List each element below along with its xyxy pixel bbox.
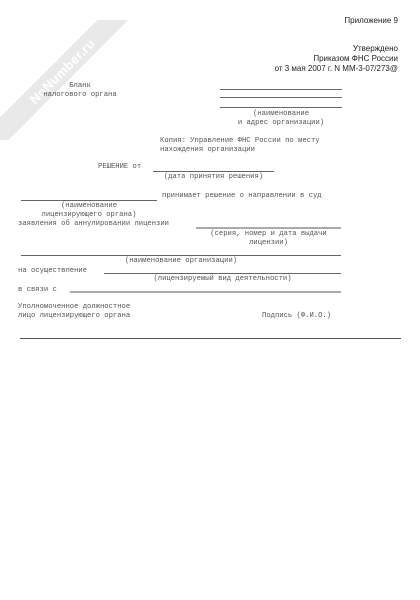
activity-caption: (лицензируемый вид деятельности) (104, 275, 341, 284)
decision-date-line[interactable] (153, 171, 274, 172)
recipient-line-1[interactable] (220, 89, 342, 90)
recipient-caption-2: и адрес организации) (220, 119, 342, 128)
appendix-label: Приложение 9 (344, 16, 398, 26)
official-line2: лицо лицензирующего органа (18, 312, 130, 321)
footer-divider (20, 338, 401, 339)
signature-label: Подпись (Ф.И.О.) (262, 312, 331, 321)
licensor-caption-1: (наименование (21, 202, 157, 211)
decision-date-caption: (дата принятия решения) (153, 173, 274, 182)
annul-text: заявления об аннулировании лицензии (18, 220, 169, 229)
approved-label: Утверждено (353, 44, 398, 54)
organization-caption: (наименование организации) (21, 257, 341, 266)
organization-line[interactable] (21, 255, 341, 256)
letterhead-line1: Бланк (30, 82, 130, 91)
licensor-caption-2: лицензирующего органа) (21, 211, 157, 220)
order-label: Приказом ФНС России (313, 54, 398, 64)
copy-line1: Копия: Управление ФНС России по месту (160, 137, 320, 146)
watermark-band: NoNumber.ru (0, 20, 132, 140)
copy-line2: нахождения организации (160, 146, 255, 155)
watermark: NoNumber.ru (0, 20, 132, 140)
license-caption-1: (серия, номер и дата выдачи (196, 230, 341, 239)
recipient-line-2[interactable] (220, 97, 342, 98)
recipient-line-3[interactable] (220, 107, 342, 108)
decision-title: РЕШЕНИЕ от (98, 163, 141, 172)
activity-line[interactable] (104, 273, 341, 274)
license-line[interactable] (196, 227, 341, 229)
order-date-label: от 3 мая 2007 г. N ММ-3-07/273@ (275, 64, 398, 74)
document-page: NoNumber.ru Приложение 9 Утверждено Прик… (0, 0, 420, 600)
reason-line[interactable] (70, 291, 341, 293)
licensor-line[interactable] (21, 200, 157, 201)
action-text: принимает решение о направлении в суд (162, 192, 322, 201)
activity-label: на осуществление (18, 267, 87, 276)
recipient-caption-1: (наименование (220, 110, 342, 119)
license-caption-2: лицензии) (196, 239, 341, 248)
letterhead-line2: налогового органа (30, 91, 130, 100)
reason-label: в связи с (18, 286, 57, 295)
official-line1: Уполномоченное должностное (18, 303, 130, 312)
